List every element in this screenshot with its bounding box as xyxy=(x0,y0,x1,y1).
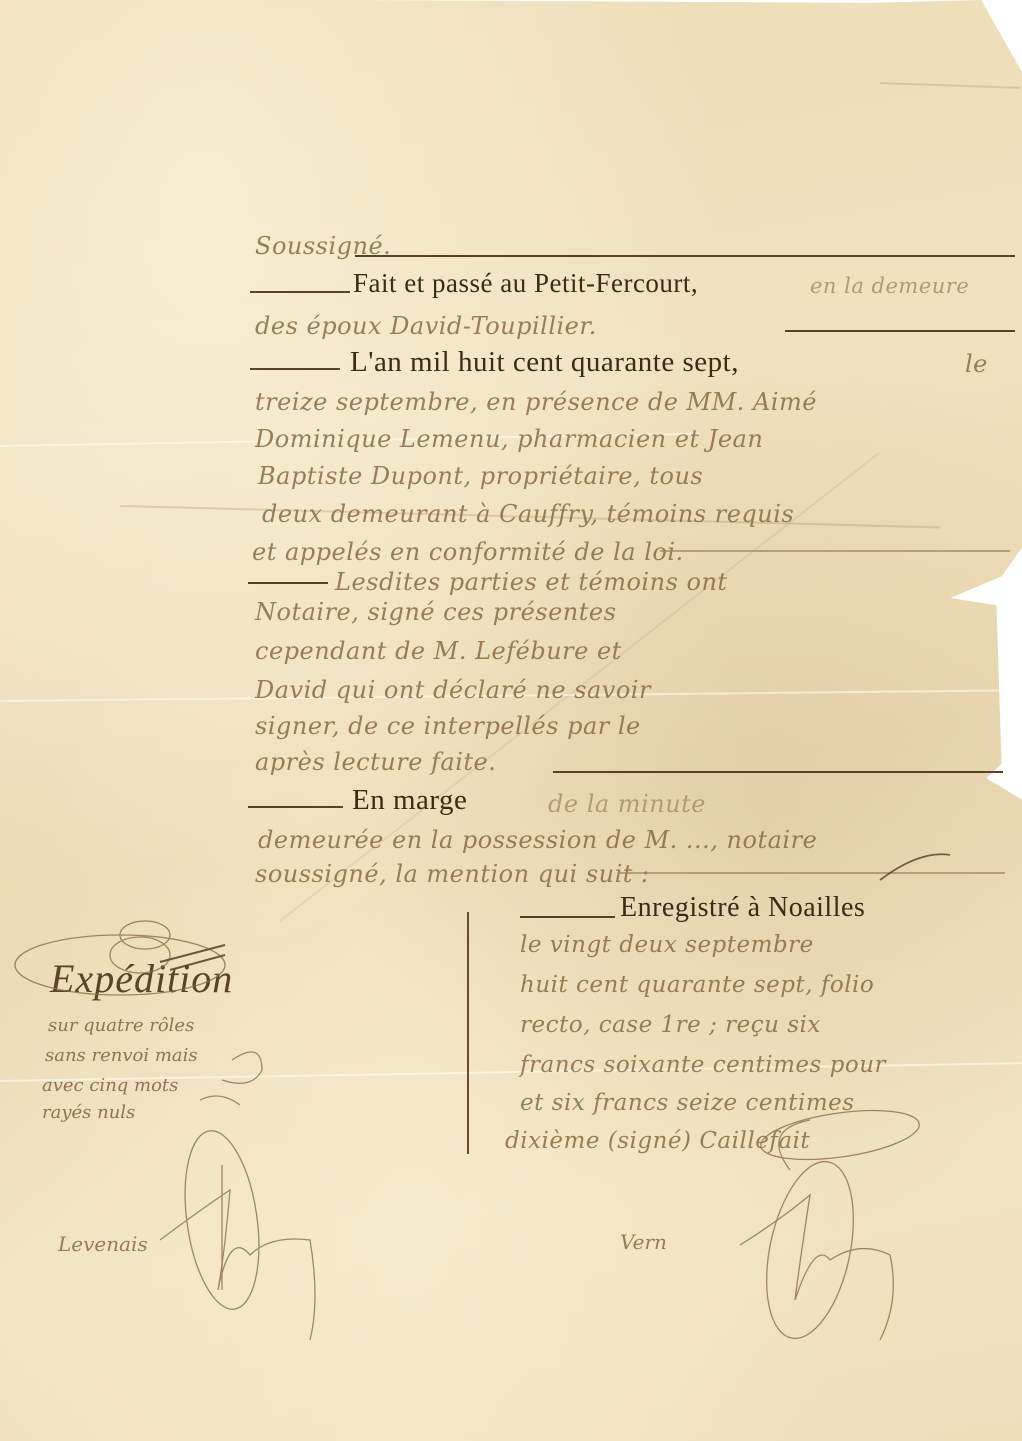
flourishes-and-paraphs xyxy=(0,0,1022,1441)
ornament-loop xyxy=(15,935,225,995)
